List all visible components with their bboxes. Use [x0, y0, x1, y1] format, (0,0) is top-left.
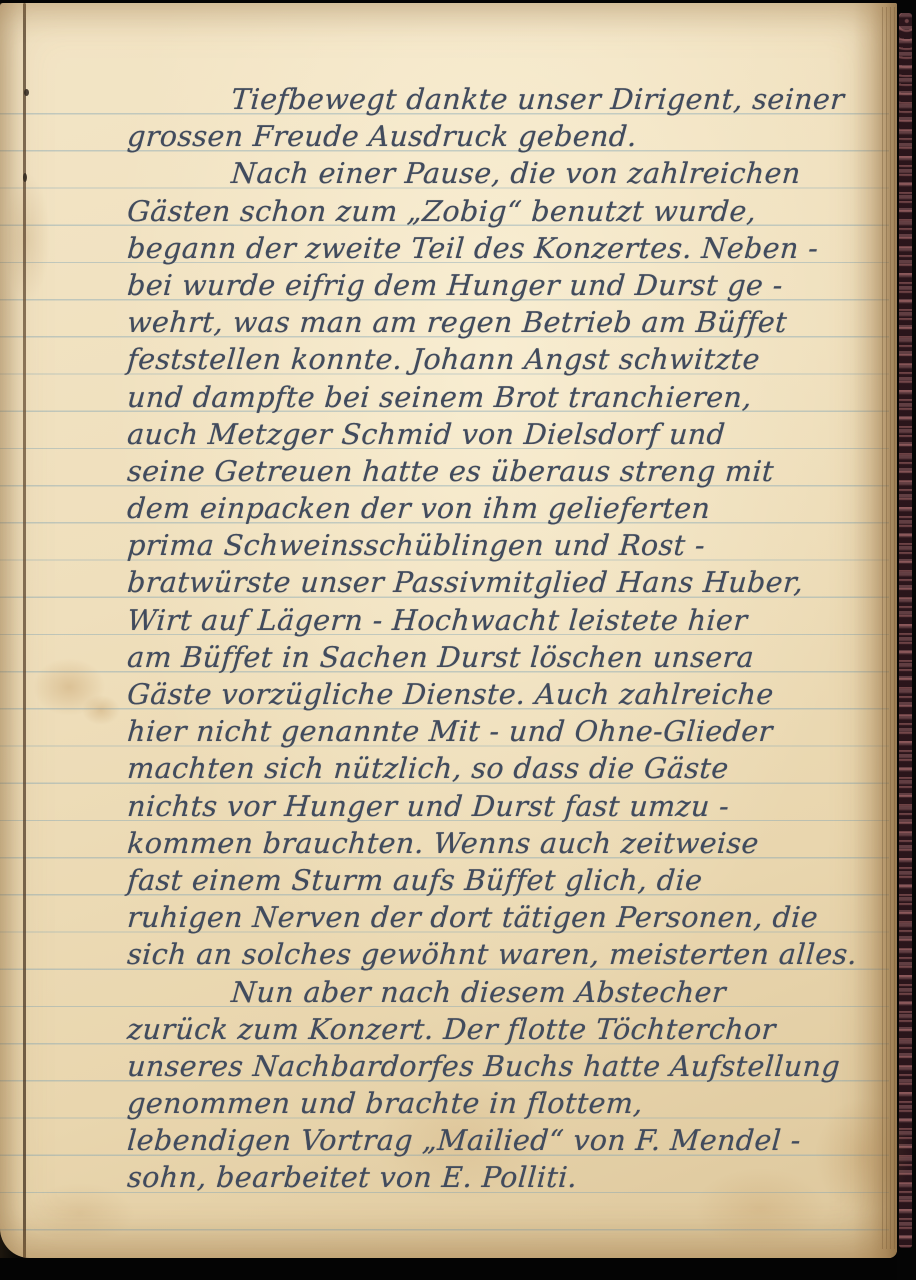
handwritten-line: Nach einer Pause, die von zahlreichen: [0, 155, 900, 192]
handwritten-line: dem einpacken der von ihm gelieferten: [0, 490, 900, 527]
handwritten-line: fast einem Sturm aufs Büffet glich, die: [0, 862, 900, 899]
handwritten-line: Nun aber nach diesem Abstecher: [0, 974, 900, 1011]
handwritten-line: machten sich nützlich, so dass die Gäste: [0, 750, 900, 787]
book-cover-marbled-spine: [899, 13, 912, 1248]
handwritten-line: sich an solches gewöhnt waren, meisterte…: [0, 936, 900, 973]
handwritten-line: zurück zum Konzert. Der flotte Töchterch…: [0, 1011, 900, 1048]
handwritten-line: feststellen konnte. Johann Angst schwitz…: [0, 341, 900, 378]
handwritten-line: bei wurde eifrig dem Hunger und Durst ge…: [0, 267, 900, 304]
handwritten-line: Wirt auf Lägern - Hochwacht leistete hie…: [0, 602, 900, 639]
handwritten-line: ruhigen Nerven der dort tätigen Personen…: [0, 899, 900, 936]
handwritten-text: Tiefbewegt dankte unser Dirigent, seiner…: [0, 81, 897, 1197]
handwritten-line: prima Schweinsschüblingen und Rost -: [0, 527, 900, 564]
handwritten-line: bratwürste unser Passivmitglied Hans Hub…: [0, 564, 900, 601]
notebook-page: Tiefbewegt dankte unser Dirigent, seiner…: [0, 3, 897, 1258]
handwritten-line: begann der zweite Teil des Konzertes. Ne…: [0, 230, 900, 267]
handwritten-line: am Büffet in Sachen Durst löschen unsera: [0, 639, 900, 676]
handwritten-line: sohn, bearbeitet von E. Polliti.: [0, 1159, 900, 1196]
handwritten-line: genommen und brachte in flottem,: [0, 1085, 900, 1122]
handwritten-line: hier nicht genannte Mit - und Ohne-Glied…: [0, 713, 900, 750]
handwritten-line: kommen brauchten. Wenns auch zeitweise: [0, 825, 900, 862]
handwritten-line: wehrt, was man am regen Betrieb am Büffe…: [0, 304, 900, 341]
handwritten-line: auch Metzger Schmid von Dielsdorf und: [0, 416, 900, 453]
handwritten-line: seine Getreuen hatte es überaus streng m…: [0, 453, 900, 490]
handwritten-line: unseres Nachbardorfes Buchs hatte Aufste…: [0, 1048, 900, 1085]
handwritten-line: und dampfte bei seinem Brot tranchieren,: [0, 379, 900, 416]
handwritten-line: lebendigen Vortrag „Mailied“ von F. Mend…: [0, 1122, 900, 1159]
handwritten-line: Tiefbewegt dankte unser Dirigent, seiner: [0, 81, 900, 118]
photographed-notebook: { "colors": { "paper": "#efdfbc", "rulin…: [0, 0, 916, 1280]
handwritten-line: Gästen schon zum „Zobig“ benutzt wurde,: [0, 193, 900, 230]
handwritten-line: grossen Freude Ausdruck gebend.: [0, 118, 900, 155]
handwritten-line: Gäste vorzügliche Dienste. Auch zahlreic…: [0, 676, 900, 713]
handwritten-line: nichts vor Hunger und Durst fast umzu -: [0, 788, 900, 825]
